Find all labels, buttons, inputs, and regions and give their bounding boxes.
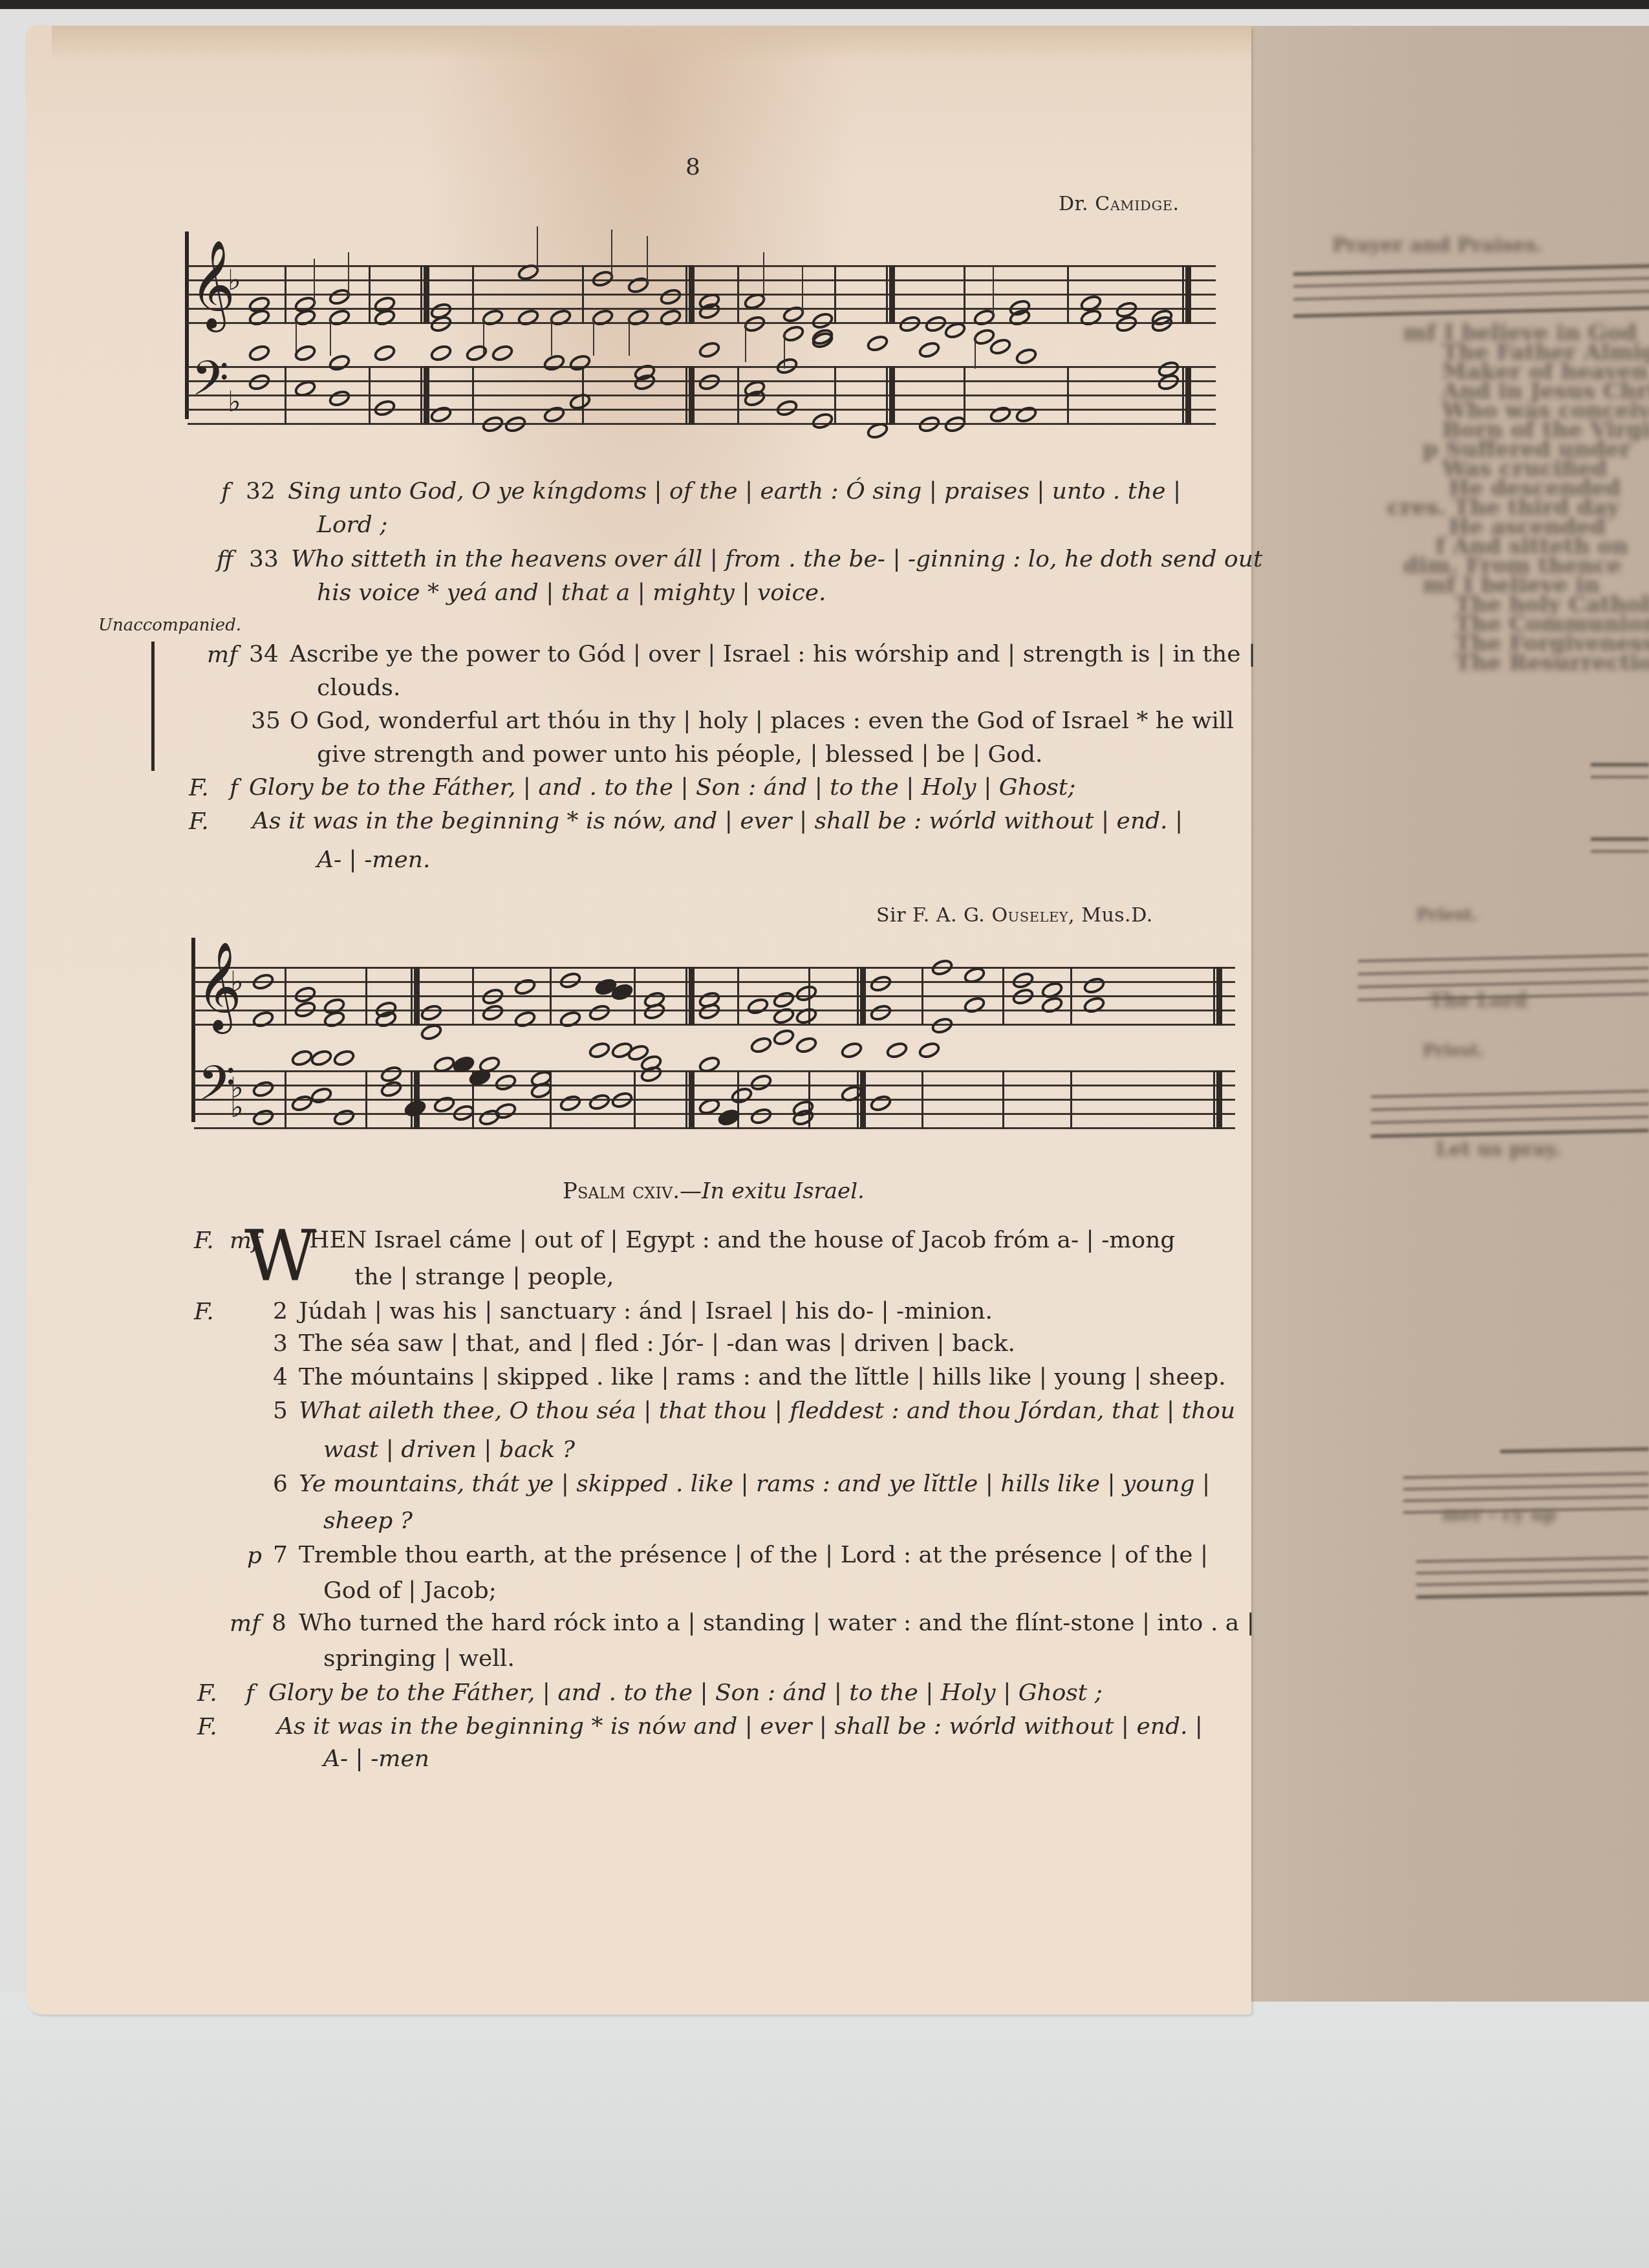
flat-icon: ♭ [228,264,241,297]
psalm-verse-8-line1: Who turned the hard róck into a | standi… [299,1610,1255,1636]
full-choir-label: F. [197,1714,217,1740]
dynamic-marking: f [246,1680,254,1707]
gloria-line1: Glory be to the Fáther, | and . to the |… [249,775,1075,801]
psalm-verse-2: Júdah | was his | sanctuary : ánd | Isra… [299,1299,993,1324]
verse-number: 5 [273,1398,288,1424]
verse-32-line2: Lord ; [317,512,387,538]
psalm-gloria-line1: Glory be to the Fáther, | and . to the |… [268,1680,1103,1706]
chant-2-score: 𝄞 ♭ 𝄢 ♭ ♭ [188,928,1235,1135]
psalm-verse-5-line1: What aileth thee, O thou séa | that thou… [299,1398,1235,1424]
flat-icon: ♭ [230,1091,244,1124]
psalm-gloria-line2: As it was in the beginning * is nów and … [277,1714,1203,1740]
gloria-line2: As it was in the beginning * is nów, and… [252,808,1183,834]
dynamic-marking: f [221,479,230,505]
verse-35-line1: O God, wonderful art thóu in thy | holy … [290,708,1234,734]
psalm-verse-8-line2: springing | well. [323,1646,515,1672]
drop-cap: W [244,1222,316,1292]
full-choir-label: F. [189,775,209,801]
verse-number: 7 [273,1542,288,1568]
dynamic-marking: ff [217,546,233,573]
page-number: 8 [685,154,700,180]
psalm-title: Psalm cxiv.—In exitu Israel. [563,1178,865,1204]
verse-32-line1: Sing unto God, O ye kíngdoms | of the | … [288,479,1181,504]
verse-number: 35 [251,708,281,734]
dynamic-marking: p [247,1542,262,1569]
psalm-verse-6-line1: Ye mountains, thát ye | skipped . like |… [299,1471,1210,1497]
full-choir-label: F. [194,1227,214,1254]
verse-number: 33 [249,546,279,572]
verse-number: 4 [273,1365,288,1390]
psalm-verse-7-line2: God of | Jacob; [323,1578,497,1604]
gloria-amen: A- | -men. [317,847,430,873]
verse-34-line1: Ascribe ye the power to Gód | over | Isr… [290,642,1256,667]
dynamic-marking: f [230,775,238,801]
verse-number: 6 [273,1471,288,1497]
psalm-verse-3: The séa saw | that, and | fled : Jór- | … [299,1331,1015,1357]
full-choir-label: F. [189,808,209,835]
flat-icon: ♭ [230,966,244,999]
psalm-verse-1-line2: the | strange | people, [354,1264,614,1290]
dynamic-marking: mf [207,642,237,668]
unaccompanied-bracket [151,642,155,771]
verse-number: 3 [273,1331,288,1357]
full-choir-label: F. [197,1680,217,1707]
flat-icon: ♭ [228,385,241,418]
bass-clef-icon: 𝄢 [191,356,229,414]
psalm-verse-5-line2: wast | driven | back ? [323,1437,575,1463]
verse-number: 32 [246,479,275,504]
verse-number: 8 [272,1610,286,1636]
verse-34-line2: clouds. [317,675,401,701]
dynamic-marking: mf [230,1610,260,1637]
verse-33-line2: his voice * yeá and | that a | mighty | … [317,580,826,606]
verse-33-line1: Who sitteth in the heavens over áll | fr… [291,546,1262,572]
verse-number: 34 [249,642,279,667]
psalm-verse-4: The móuntains | skipped . like | rams : … [299,1365,1226,1390]
verse-35-line2: give strength and power unto his péople,… [317,742,1042,768]
chant-1-score: 𝄞 ♭ 𝄢 ♭ [181,220,1216,427]
psalm-verse-7-line1: Tremble thou earth, at the présence | of… [299,1542,1208,1568]
composer-ouseley: Sir F. A. G. Ouseley, Mus.D. [876,904,1153,927]
psalm-verse-1-line1: HEN Israel cáme | out of | Egypt : and t… [309,1227,1175,1253]
unaccompanied-label: Unaccompanied. [98,616,241,635]
composer-camidge: Dr. Camidge. [1059,193,1180,215]
verse-number: 2 [273,1299,288,1324]
psalm-gloria-amen: A- | -men [323,1746,429,1772]
full-choir-label: F. [194,1299,214,1325]
psalm-verse-6-line2: sheep ? [323,1508,413,1534]
